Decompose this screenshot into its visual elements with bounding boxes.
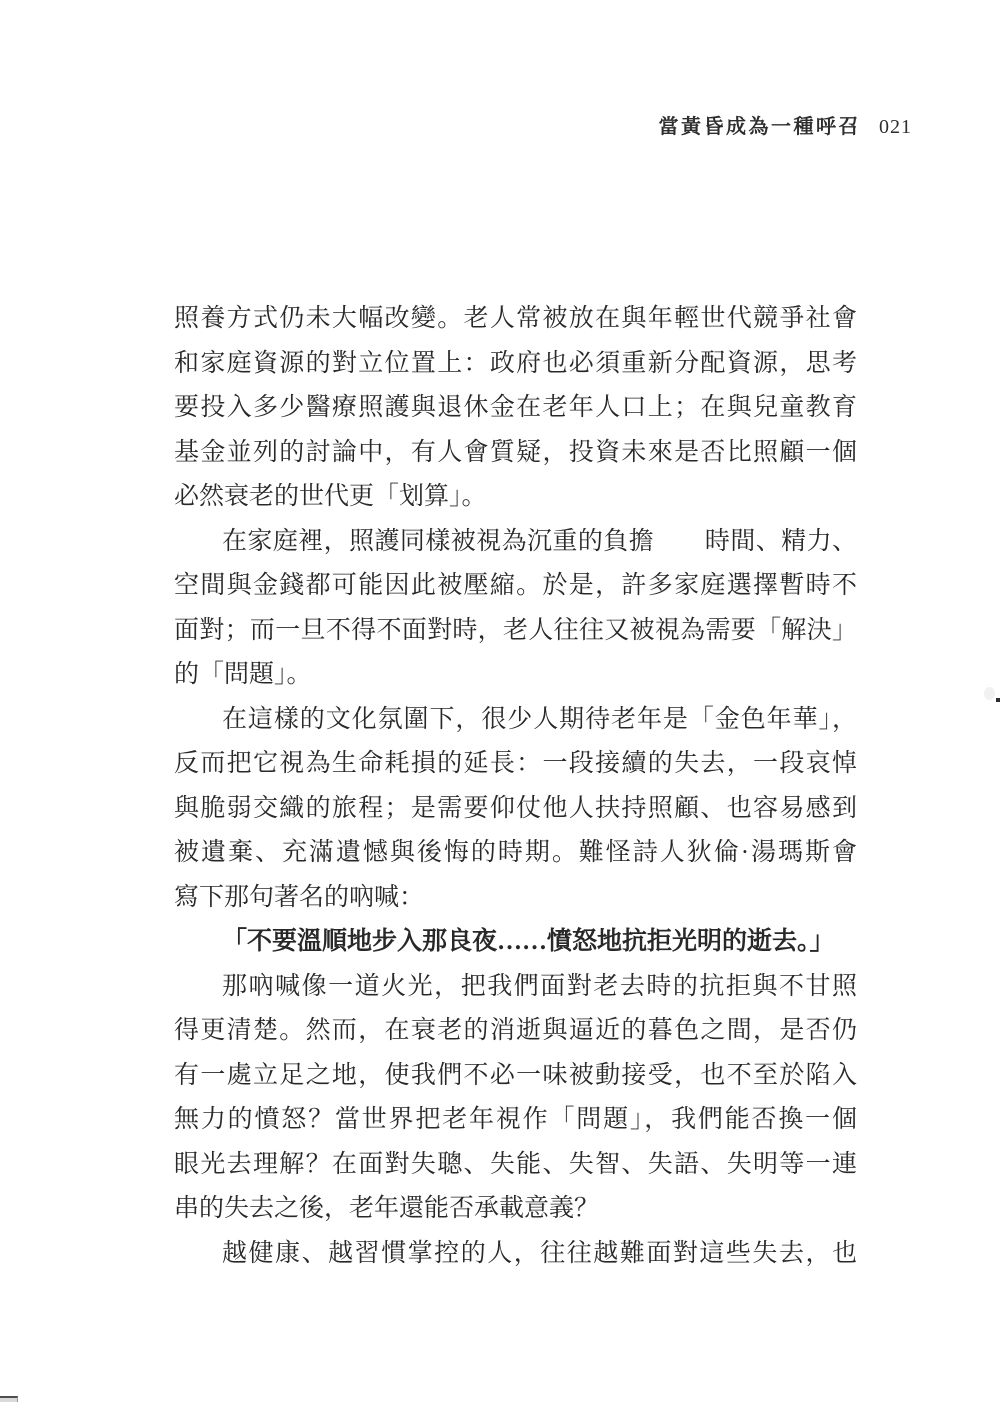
text-line: 無力的憤怒？當世界把老年視作「問題」，我們能否換一個 — [174, 1098, 857, 1143]
text-line: 必然衰老的世代更「划算」。 — [174, 475, 857, 520]
text-line: 和家庭資源的對立位置上：政府也必須重新分配資源，思考 — [174, 342, 857, 387]
body-text-block: 照養方式仍未大幅改變。老人常被放在與年輕世代競爭社會 和家庭資源的對立位置上：政… — [174, 297, 857, 1276]
text-line: 與脆弱交織的旅程；是需要仰仗他人扶持照顧、也容易感到 — [174, 787, 857, 832]
text-line: 有一處立足之地，使我們不必一味被動接受，也不至於陷入 — [174, 1054, 857, 1099]
text-line: 眼光去理解？在面對失聰、失能、失智、失語、失明等一連 — [174, 1143, 857, 1188]
page-number: 021 — [879, 116, 912, 138]
text-line: 基金並列的討論中，有人會質疑，投資未來是否比照顧一個 — [174, 431, 857, 476]
scan-smudge — [984, 687, 995, 700]
book-page: 當黃昏成為一種呼召021 照養方式仍未大幅改變。老人常被放在與年輕世代競爭社會 … — [0, 0, 1000, 1402]
text-line: 的「問題」。 — [174, 653, 857, 698]
text-line: 被遺棄、充滿遺憾與後悔的時期。難怪詩人狄倫·湯瑪斯會 — [174, 831, 857, 876]
scan-corner-artifact — [0, 1396, 18, 1402]
text-line: 寫下那句著名的吶喊： — [174, 876, 857, 921]
text-line: 在這樣的文化氛圍下，很少人期待老年是「金色年華」， — [174, 698, 857, 743]
scan-tick-mark — [996, 698, 1000, 702]
text-line: 在家庭裡，照護同樣被視為沉重的負擔 時間、精力、 — [174, 520, 857, 565]
text-line: 那吶喊像一道火光，把我們面對老去時的抗拒與不甘照 — [174, 965, 857, 1010]
text-line: 越健康、越習慣掌控的人，往往越難面對這些失去，也 — [174, 1232, 857, 1277]
text-line: 要投入多少醫療照護與退休金在老年人口上；在與兒童教育 — [174, 386, 857, 431]
running-head: 當黃昏成為一種呼召021 — [0, 110, 912, 139]
text-line: 面對；而一旦不得不面對時，老人往往又被視為需要「解決」 — [174, 609, 857, 654]
text-line: 串的失去之後，老年還能否承載意義？ — [174, 1187, 857, 1232]
text-line: 得更清楚。然而，在衰老的消逝與逼近的暮色之間，是否仍 — [174, 1009, 857, 1054]
text-line-quote: 「不要溫順地步入那良夜……憤怒地抗拒光明的逝去。」 — [174, 920, 857, 965]
text-line: 反而把它視為生命耗損的延長：一段接續的失去，一段哀悼 — [174, 742, 857, 787]
text-line: 照養方式仍未大幅改變。老人常被放在與年輕世代競爭社會 — [174, 297, 857, 342]
text-line: 空間與金錢都可能因此被壓縮。於是，許多家庭選擇暫時不 — [174, 564, 857, 609]
running-head-title: 當黃昏成為一種呼召 — [659, 116, 862, 138]
